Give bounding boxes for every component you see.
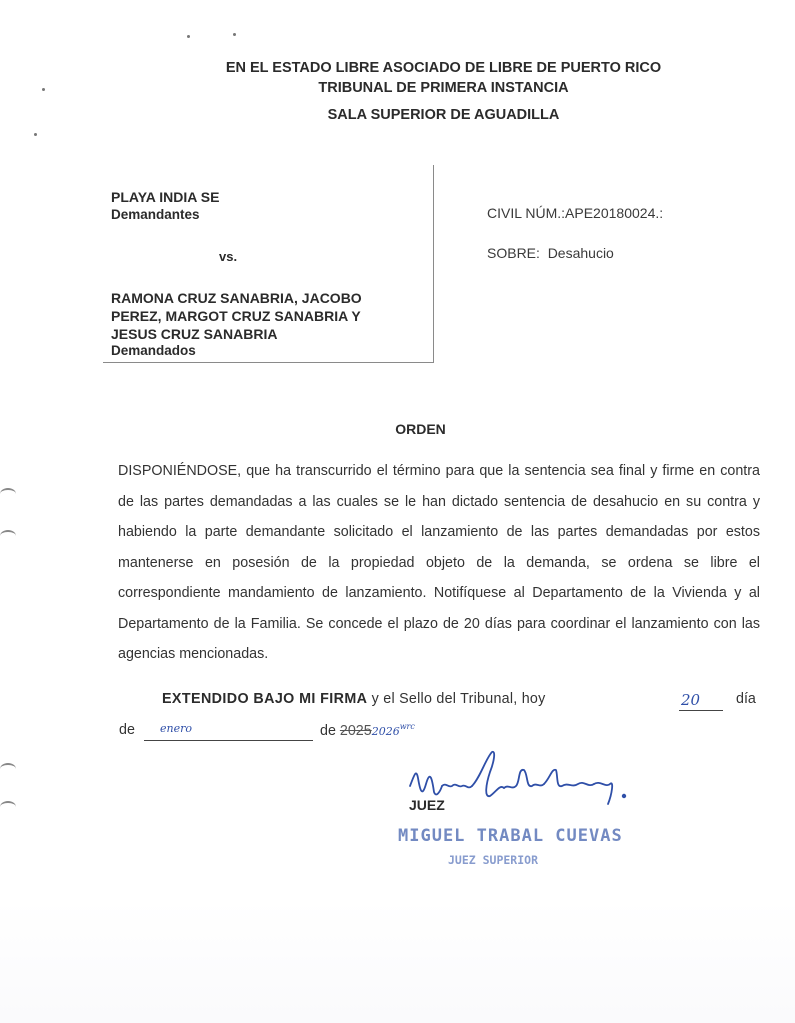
scan-speck — [233, 33, 236, 36]
court-order-page: EN EL ESTADO LIBRE ASOCIADO DE LIBRE DE … — [0, 0, 795, 1023]
defendants-line-2: PEREZ, MARGOT CRUZ SANABRIA Y — [111, 308, 361, 324]
subject-line: SOBRE: Desahucio — [487, 245, 614, 261]
year-handwritten: 2026 — [372, 725, 400, 738]
year-printed-struck: 2025 — [340, 723, 372, 739]
year-initials: wrc — [400, 722, 415, 731]
page-bottom-shade — [0, 900, 795, 1023]
scan-speck — [187, 35, 190, 38]
edge-binding-mark — [0, 763, 16, 775]
signature-clause-lead: EXTENDIDO BAJO MI FIRMA — [162, 691, 367, 707]
scan-speck — [34, 133, 37, 136]
subject-label: SOBRE: — [487, 245, 540, 261]
signature-clause-text: y el Sello del Tribunal, hoy — [367, 691, 545, 707]
order-body: DISPONIÉNDOSE, que ha transcurrido el té… — [118, 456, 760, 670]
plaintiff-role: Demandantes — [111, 207, 200, 222]
court-header-line-1: EN EL ESTADO LIBRE ASOCIADO DE LIBRE DE … — [46, 60, 795, 76]
defendants-line-3: JESUS CRUZ SANABRIA — [111, 326, 277, 342]
year-prefix: de — [320, 723, 336, 739]
court-header-line-3: SALA SUPERIOR DE AGUADILLA — [46, 107, 795, 123]
versus-label: vs. — [219, 249, 237, 264]
edge-binding-mark — [0, 530, 16, 542]
judge-stamp-title: JUEZ SUPERIOR — [448, 853, 538, 867]
day-suffix: día — [736, 691, 756, 707]
defendants-role: Demandados — [111, 343, 196, 358]
court-header-line-2: TRIBUNAL DE PRIMERA INSTANCIA — [46, 80, 795, 96]
year-line: de 20252026wrc — [320, 722, 415, 739]
month-handwritten: enero — [160, 722, 192, 735]
subject-value: Desahucio — [548, 245, 614, 261]
edge-binding-mark — [0, 488, 16, 500]
edge-binding-mark — [0, 801, 16, 813]
judge-stamp-name: MIGUEL TRABAL CUEVAS — [398, 826, 623, 846]
order-title: ORDEN — [0, 421, 795, 437]
signature-clause: EXTENDIDO BAJO MI FIRMA y el Sello del T… — [162, 691, 546, 707]
plaintiff-name: PLAYA INDIA SE — [111, 189, 219, 205]
month-blank: enero — [144, 724, 313, 741]
month-prefix: de — [119, 722, 135, 738]
order-lead-word: DISPONIÉNDOSE — [118, 463, 237, 479]
day-handwritten: 20 — [681, 691, 700, 709]
day-blank: 20 — [679, 694, 723, 711]
order-body-text: , que ha transcurrido el término para qu… — [118, 463, 760, 662]
case-number: CIVIL NÚM.:APE20180024.: — [487, 205, 663, 221]
scan-speck — [42, 88, 45, 91]
judge-label: JUEZ — [409, 797, 445, 813]
defendants-line-1: RAMONA CRUZ SANABRIA, JACOBO — [111, 290, 362, 306]
